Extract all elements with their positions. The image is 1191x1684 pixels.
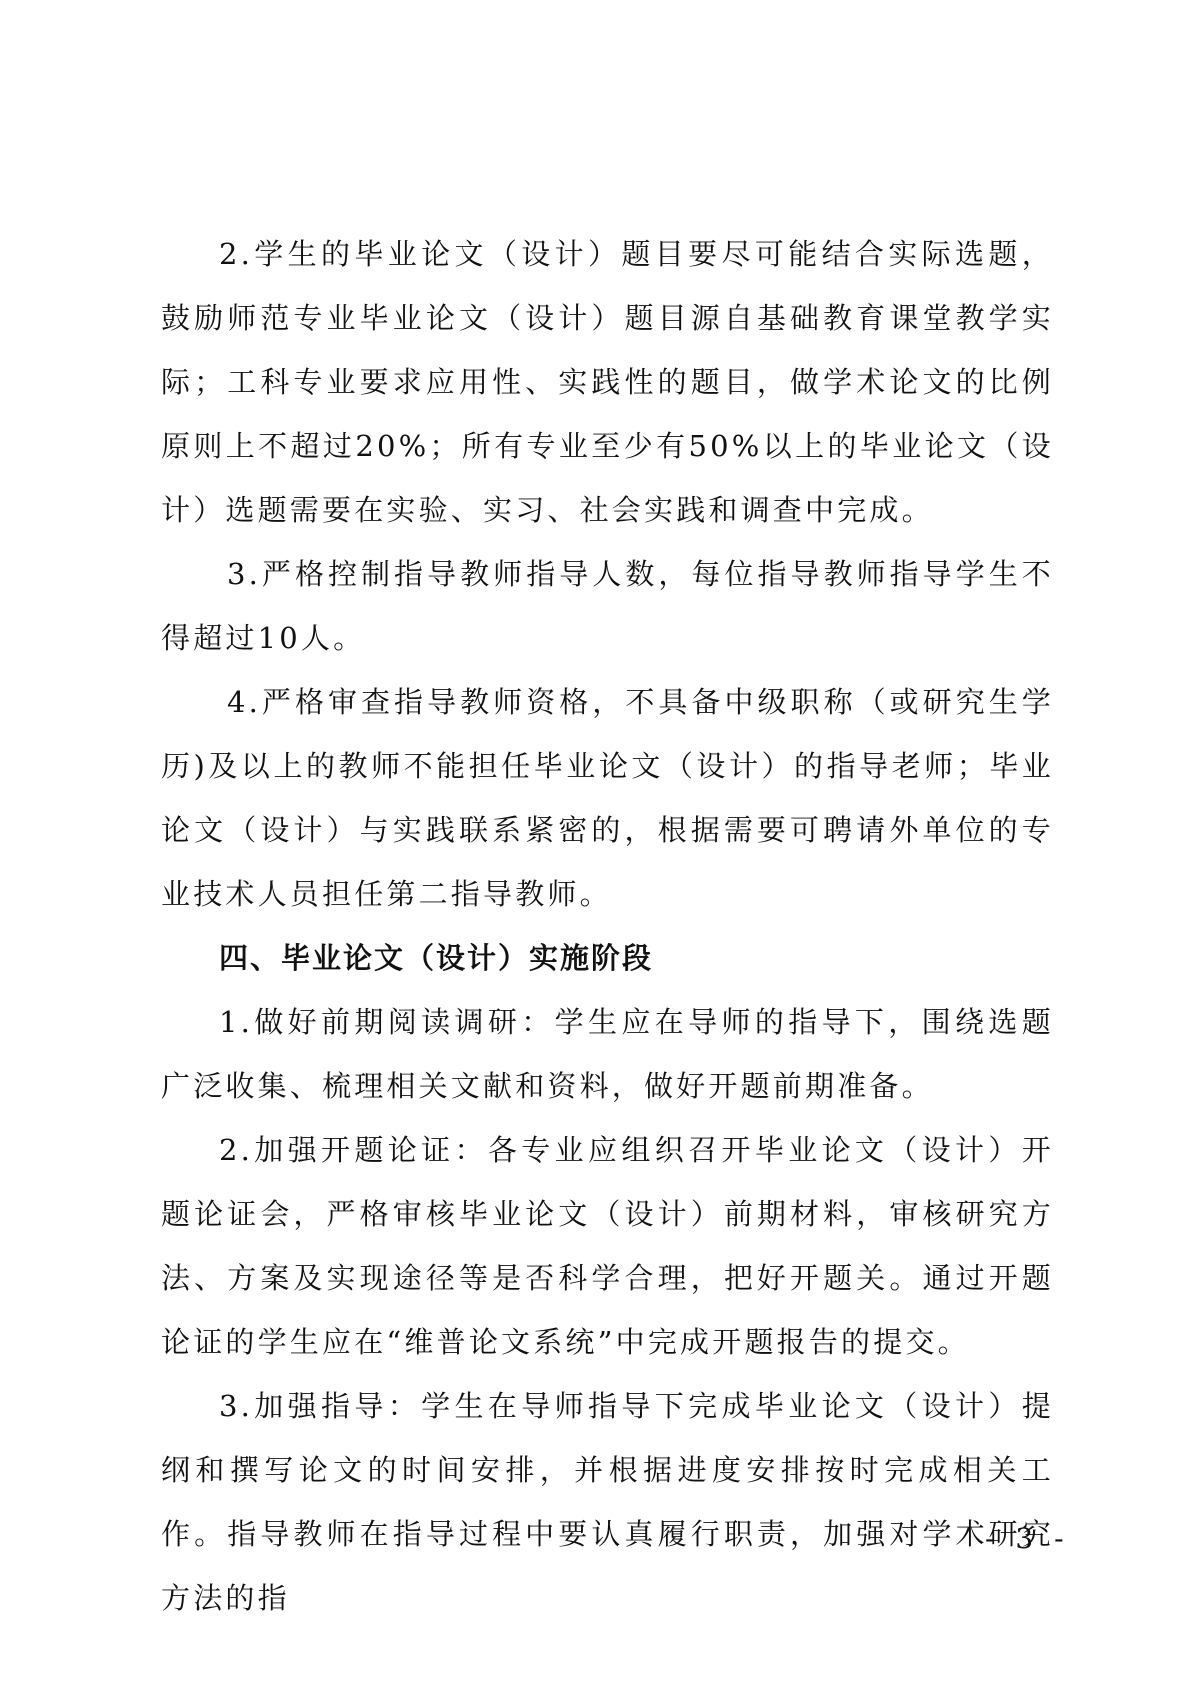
section-paragraph-1: 1.做好前期阅读调研：学生应在导师的指导下，围绕选题广泛收集、梳理相关文献和资料… <box>161 990 1054 1118</box>
page-number: - 3 - <box>985 1522 1070 1555</box>
document-page: 2.学生的毕业论文（设计）题目要尽可能结合实际选题，鼓励师范专业毕业论文（设计）… <box>0 0 1191 1684</box>
paragraph-item-4: 4.严格审查指导教师资格，不具备中级职称（或研究生学历)及以上的教师不能担任毕业… <box>161 670 1054 926</box>
paragraph-item-3: 3.严格控制指导教师指导人数，每位指导教师指导学生不得超过10人。 <box>161 542 1054 670</box>
section-paragraph-2: 2.加强开题论证：各专业应组织召开毕业论文（设计）开题论证会，严格审核毕业论文（… <box>161 1118 1054 1374</box>
page-body: 2.学生的毕业论文（设计）题目要尽可能结合实际选题，鼓励师范专业毕业论文（设计）… <box>161 222 1054 1630</box>
section-paragraph-3: 3.加强指导：学生在导师指导下完成毕业论文（设计）提纲和撰写论文的时间安排，并根… <box>161 1374 1054 1630</box>
section-heading: 四、毕业论文（设计）实施阶段 <box>161 926 1054 990</box>
paragraph-item-2: 2.学生的毕业论文（设计）题目要尽可能结合实际选题，鼓励师范专业毕业论文（设计）… <box>161 222 1054 542</box>
